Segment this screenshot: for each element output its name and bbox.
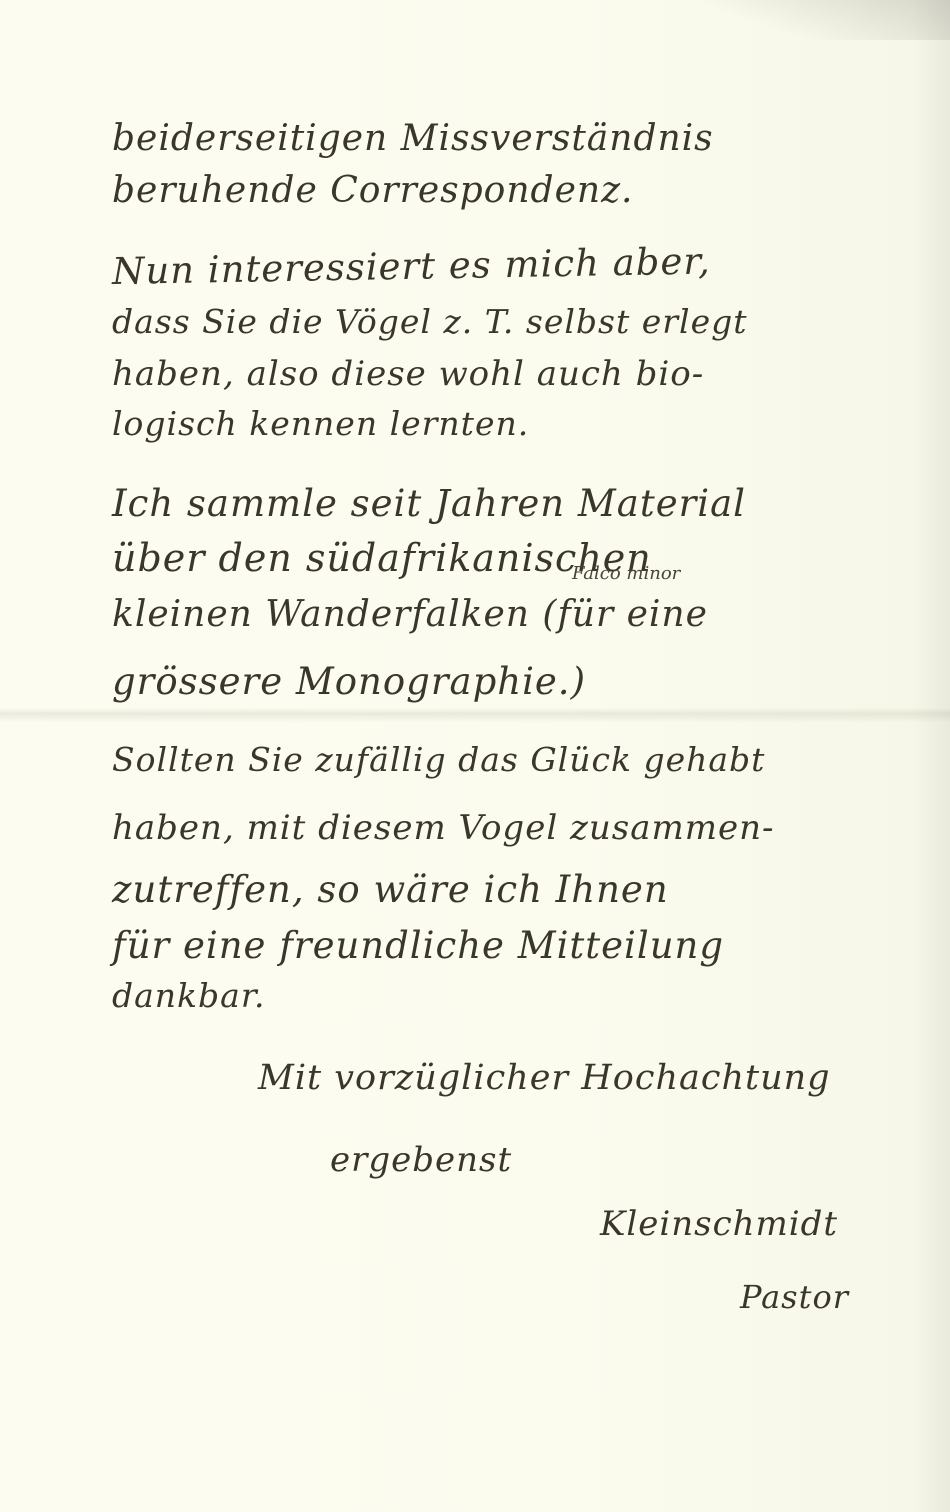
letter-line: dankbar. — [112, 976, 266, 1015]
closing-salutation: Mit vorzüglicher Hochachtung — [258, 1058, 831, 1098]
closing-valediction: ergebenst — [330, 1140, 512, 1180]
letter-line: über den südafrikanischen — [112, 536, 652, 580]
signature: Kleinschmidt — [600, 1204, 838, 1244]
letter-line: Ich sammle seit Jahren Material — [112, 482, 746, 525]
letter-line: dass Sie die Vögel z. T. selbst erlegt — [112, 302, 748, 341]
letter-line: Sollten Sie zufällig das Glück gehabt — [112, 740, 765, 779]
letter-line: haben, also diese wohl auch bio- — [112, 354, 704, 394]
letter-line: für eine freundliche Mitteilung — [112, 924, 724, 967]
letter-line: Nun interessiert es mich aber, — [112, 240, 711, 293]
letter-line: beruhende Correspondenz. — [112, 170, 633, 211]
letter-line: zutreffen, so wäre ich Ihnen — [112, 868, 669, 911]
letter-line: beiderseitigen Missverständnis — [112, 118, 714, 159]
letter-line: kleinen Wanderfalken (für eine — [112, 594, 708, 635]
letter-line: logisch kennen lernten. — [112, 404, 529, 443]
interlinear-note: Falco minor — [572, 563, 680, 584]
letter-line: grössere Monographie.) — [112, 660, 586, 703]
page-edge-shadow — [690, 0, 950, 40]
letter-line: haben, mit diesem Vogel zusammen- — [112, 808, 775, 848]
letter-page: beiderseitigen Missverständnis beruhende… — [0, 0, 950, 1512]
signature-title: Pastor — [740, 1278, 849, 1316]
